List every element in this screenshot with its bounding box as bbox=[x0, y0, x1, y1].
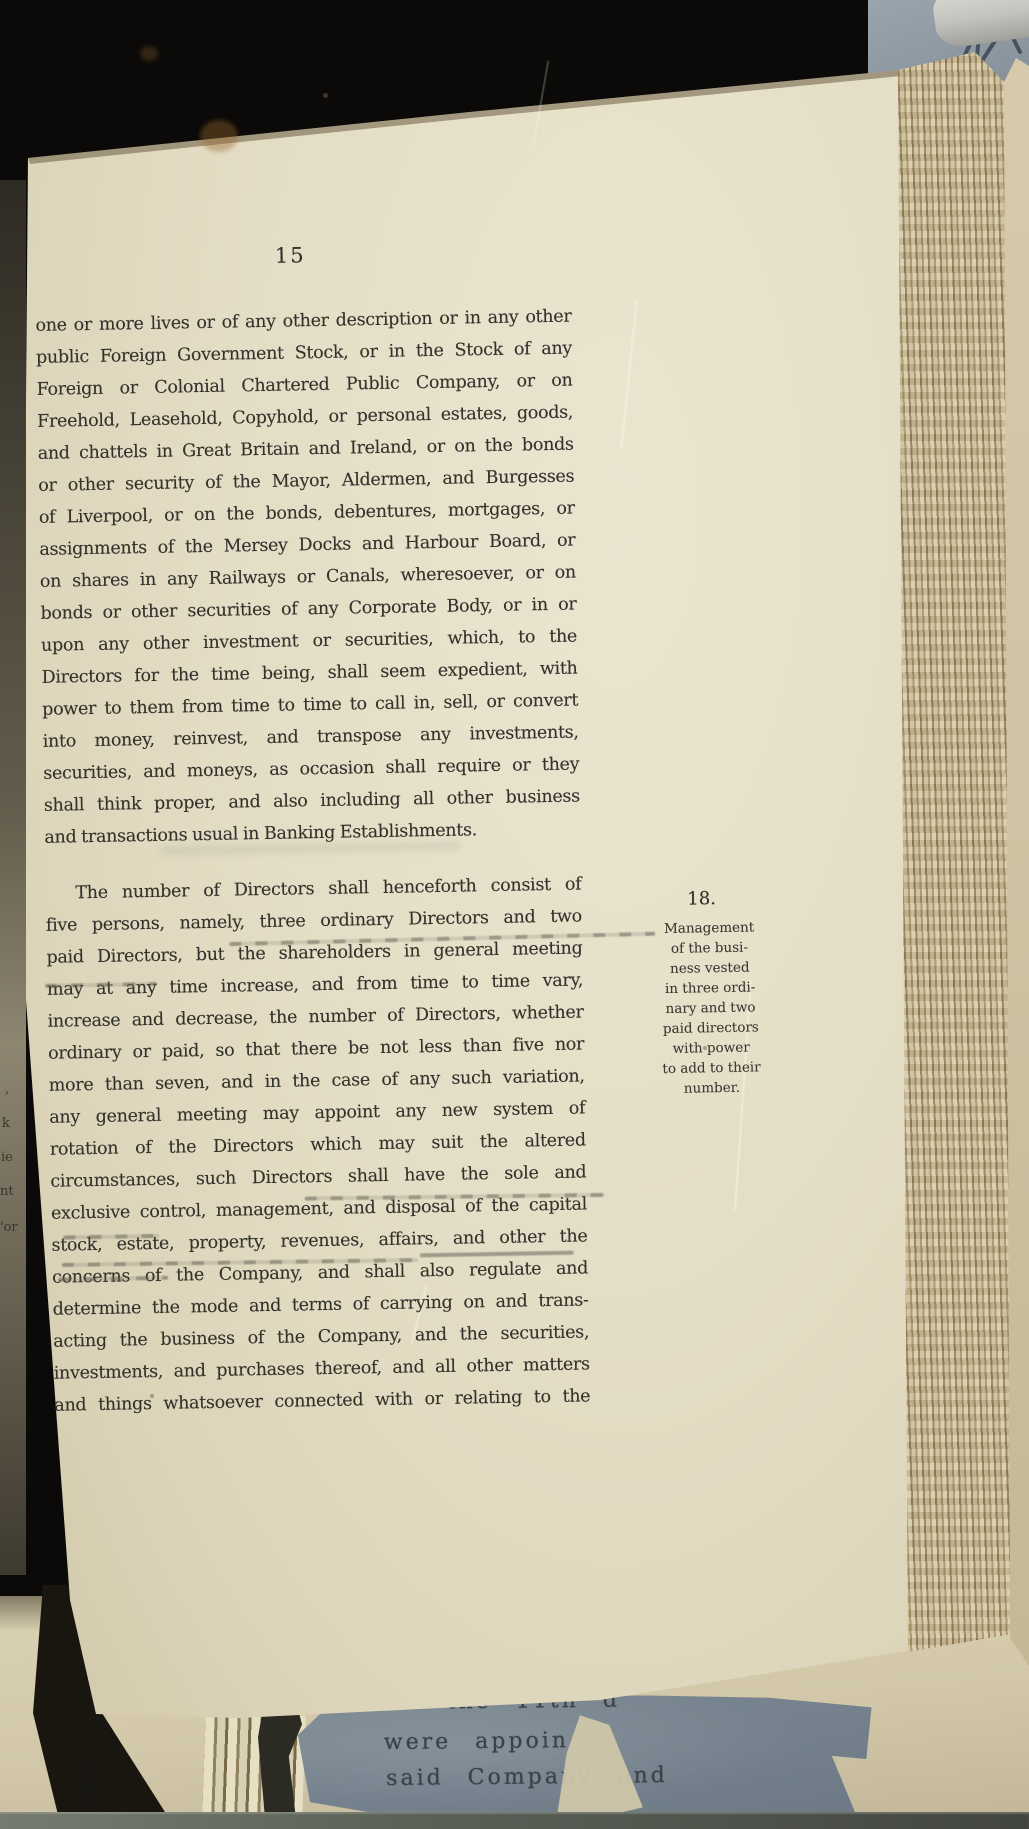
torn-paper-fragment: on the 11th d were appoin said Company a… bbox=[297, 1693, 872, 1819]
page-content: 15 one or more lives or of any other des… bbox=[30, 227, 814, 1600]
margin-note-line-4: nary and two bbox=[645, 997, 775, 1019]
margin-note-line-6: with power bbox=[646, 1037, 776, 1059]
edge-text-fragment: 'or bbox=[0, 1220, 18, 1235]
fox-stain bbox=[200, 120, 238, 152]
margin-note-line-0: Management bbox=[644, 917, 774, 939]
opposite-page-edge bbox=[0, 180, 26, 1575]
margin-note-line-8: number. bbox=[647, 1077, 777, 1099]
page-number: 15 bbox=[230, 242, 350, 268]
margin-note-line-3: in three ordi- bbox=[645, 977, 775, 999]
fragment-text-line: were appoin bbox=[384, 1728, 569, 1755]
table-surface bbox=[0, 1812, 1029, 1829]
speck bbox=[323, 93, 328, 98]
edge-text-fragment: , bbox=[5, 1082, 9, 1097]
margin-note-line-1: of the busi- bbox=[644, 937, 774, 959]
paragraph-investments: one or more lives or of any other descri… bbox=[35, 301, 580, 854]
edge-text-fragment: k bbox=[2, 1116, 10, 1131]
margin-note-line-2: ness vested bbox=[645, 957, 775, 979]
clause-number: 18. bbox=[641, 887, 761, 910]
edge-text-fragment: nt bbox=[0, 1184, 14, 1199]
margin-note-line-5: paid directors bbox=[646, 1017, 776, 1039]
paragraph-directors: The number of Directors shall henceforth… bbox=[45, 868, 590, 1421]
book-photo: , k ie nt 'or on the 11th d were appoin … bbox=[0, 0, 1029, 1829]
margin-note: Managementof the busi-ness vestedin thre… bbox=[644, 917, 777, 1099]
margin-note-line-7: to add to their bbox=[646, 1057, 776, 1079]
fox-stain bbox=[140, 46, 158, 61]
edge-text-fragment: ie bbox=[1, 1150, 13, 1165]
